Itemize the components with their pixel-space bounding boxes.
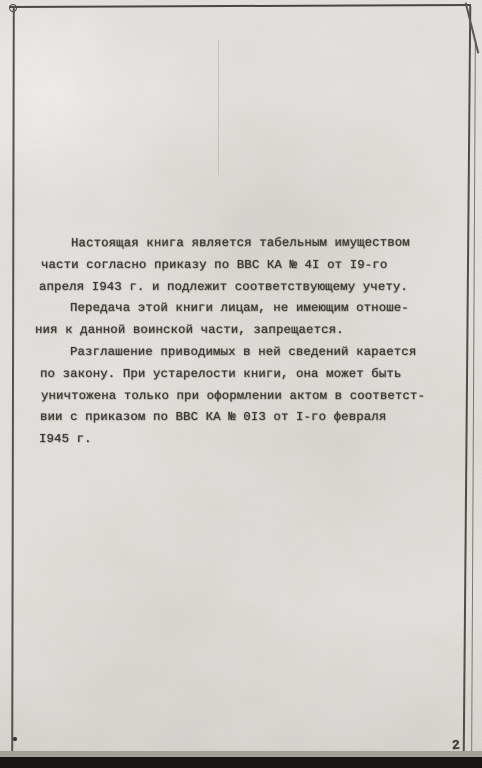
text-line: уничтожена только при оформлении актом в… bbox=[41, 386, 456, 408]
scanned-document-page: Настоящая книга является табельным имуще… bbox=[0, 0, 482, 768]
document-text-block: Настоящая книга является табельным имуще… bbox=[41, 233, 456, 451]
ink-speck bbox=[13, 737, 17, 741]
scan-bottom-black-bar bbox=[0, 757, 482, 768]
text-line: Настоящая книга является табельным имуще… bbox=[42, 233, 457, 256]
page-number: 2 bbox=[451, 739, 460, 755]
text-line: апреля I943 г. и подлежит соответствующе… bbox=[39, 277, 454, 299]
scan-border-left bbox=[11, 6, 15, 754]
text-line: I945 г. bbox=[39, 429, 454, 451]
text-line: Разглашение приводимых в ней сведений ка… bbox=[41, 342, 456, 364]
scan-page-edge-line bbox=[471, 40, 476, 756]
scan-border-top bbox=[9, 4, 471, 8]
paper-crease bbox=[218, 40, 219, 175]
corner-registration-mark bbox=[9, 4, 17, 12]
page-corner-curl bbox=[465, 3, 480, 54]
text-line: Передача этой книги лицам, не имеющим от… bbox=[41, 298, 456, 320]
text-line: по закону. При устарелости книги, она мо… bbox=[40, 364, 455, 386]
text-line: вии с приказом по ВВС КА № 0I3 от I-го ф… bbox=[40, 407, 455, 429]
scan-border-right bbox=[463, 6, 472, 754]
text-line: ния к данной воинской части, запрещается… bbox=[35, 320, 450, 342]
text-line: части согласно приказу по ВВС КА № 4I от… bbox=[41, 255, 456, 277]
